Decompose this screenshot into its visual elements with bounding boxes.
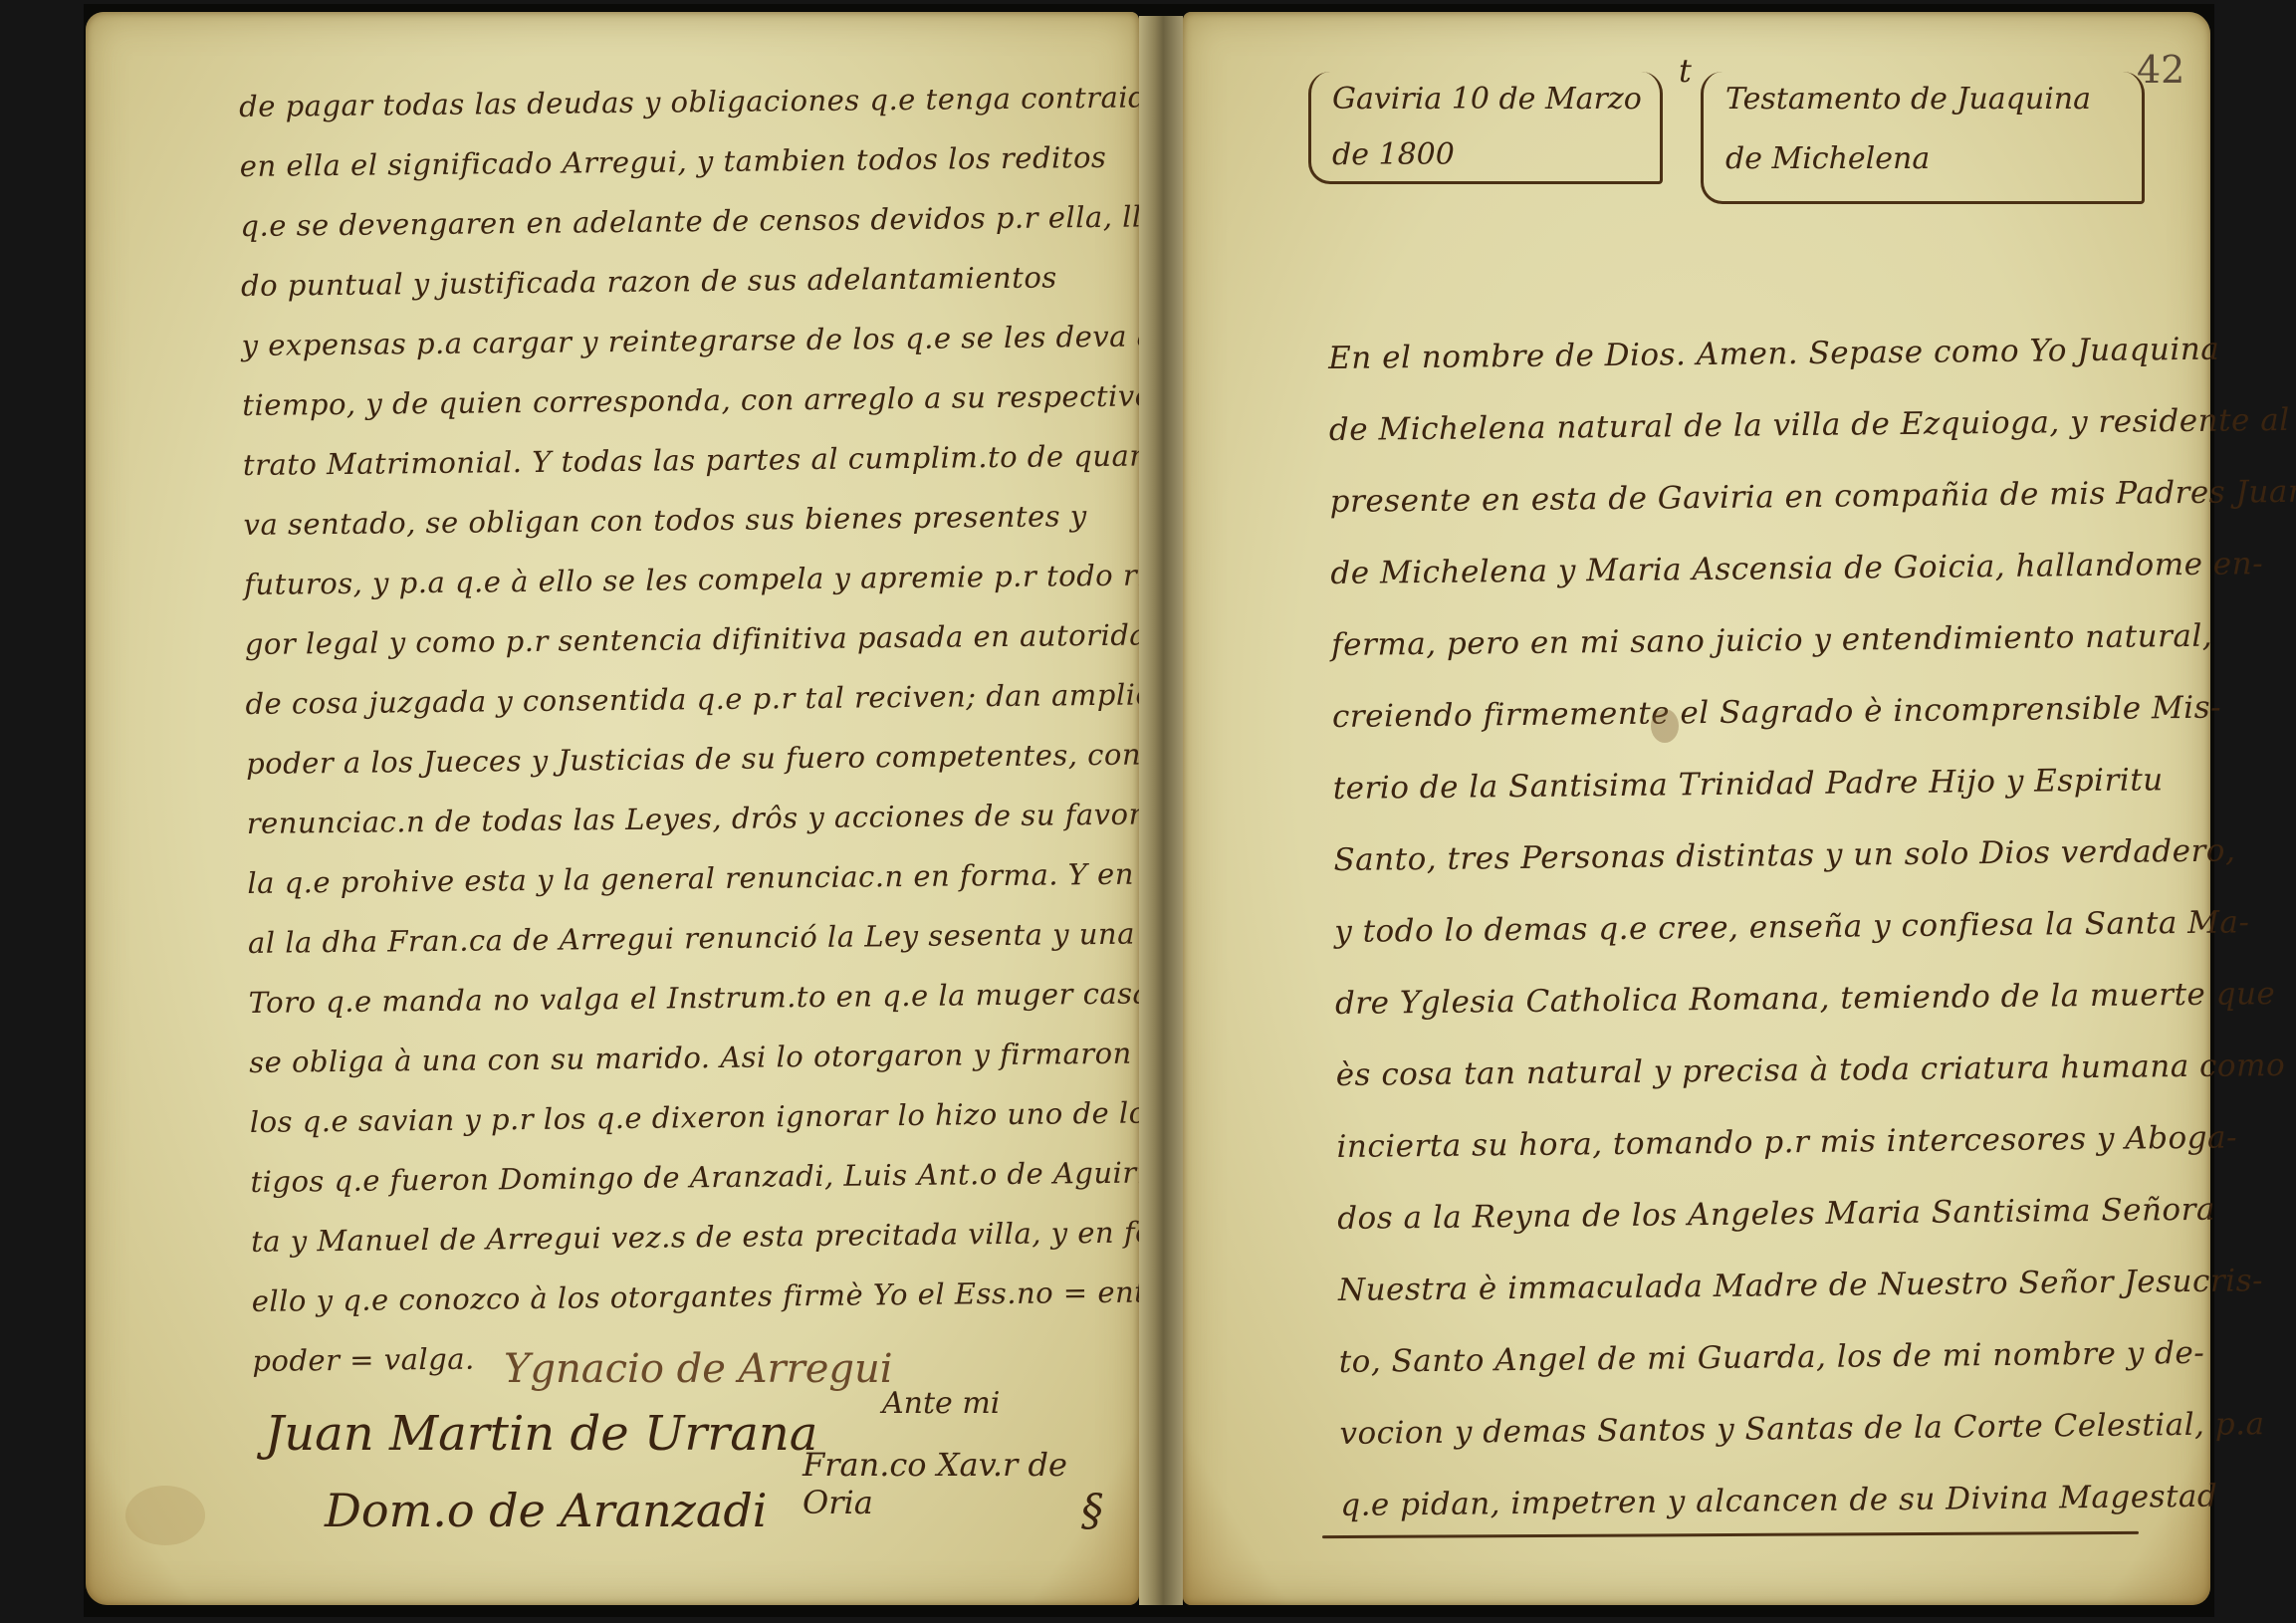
manuscript-line: de pagar todas las deudas y obligaciones… xyxy=(239,80,1181,123)
manuscript-line: de Michelena y Maria Ascensia de Goicia,… xyxy=(1330,546,2263,591)
manuscript-line: la q.e prohive esta y la general renunci… xyxy=(247,855,1250,900)
manuscript-line: to, Santo Angel de mi Guarda, los de mi … xyxy=(1339,1335,2205,1380)
signature-domingo: Dom.o de Aranzadi xyxy=(325,1484,768,1537)
manuscript-line: presente en esta de Gaviria en compañia … xyxy=(1330,474,2296,520)
manuscript-line: de cosa juzgada y consentida q.e p.r tal… xyxy=(245,677,1153,721)
margin-date-line1: Gaviria 10 de Marzo xyxy=(1332,82,1642,116)
manuscript-line: en ella el significado Arregui, y tambie… xyxy=(240,140,1107,183)
manuscript-line: Santo, tres Personas distintas y un solo… xyxy=(1333,832,2235,877)
manuscript-line: Nuestra è immaculada Madre de Nuestro Se… xyxy=(1338,1263,2263,1308)
left-page: de pagar todas las deudas y obligaciones… xyxy=(86,12,1139,1605)
closing-rule xyxy=(1322,1531,2139,1538)
paper-stain xyxy=(125,1486,205,1545)
folio-number: 42 xyxy=(2137,48,2184,92)
ink-stain xyxy=(1651,709,1679,743)
manuscript-line: q.e pidan, impetren y alcancen de su Div… xyxy=(1340,1479,2217,1523)
manuscript-line: ferma, pero en mi sano juicio y entendim… xyxy=(1331,618,2212,663)
manuscript-line: va sentado, se obligan con todos sus bie… xyxy=(243,499,1086,542)
manuscript-line: vocion y demas Santos y Santas de la Cor… xyxy=(1339,1406,2264,1452)
cross-mark-icon: t xyxy=(1679,52,1692,90)
manuscript-line: tigos q.e fueron Domingo de Aranzadi, Lu… xyxy=(250,1154,1252,1199)
open-manuscript-book: de pagar todas las deudas y obligaciones… xyxy=(84,4,2214,1617)
manuscript-line: y expensas p.a cargar y reintegrarse de … xyxy=(242,319,1199,362)
margin-date-line2: de 1800 xyxy=(1332,137,1455,172)
manuscript-line: trato Matrimonial. Y todas las partes al… xyxy=(243,438,1179,482)
right-page: 42 Gaviria 10 de Marzo de 1800 t Testame… xyxy=(1183,12,2210,1605)
margin-title-line1: Testamento de Juaquina xyxy=(1725,82,2091,116)
manuscript-line: dre Yglesia Catholica Romana, temiendo d… xyxy=(1335,976,2276,1022)
book-gutter xyxy=(1139,16,1183,1605)
manuscript-line: los q.e savian y p.r los q.e dixeron ign… xyxy=(250,1095,1228,1139)
manuscript-line: incierta su hora, tomando p.r mis interc… xyxy=(1336,1119,2237,1164)
manuscript-line: ta y Manuel de Arregui vez.s de esta pre… xyxy=(251,1215,1217,1259)
manuscript-line: se obliga à una con su marido. Asi lo ot… xyxy=(249,1037,1132,1079)
manuscript-line: al la dha Fran.ca de Arregui renunció la… xyxy=(248,916,1182,960)
manuscript-line: do puntual y justificada razon de sus ad… xyxy=(241,260,1057,303)
margin-title-line2: de Michelena xyxy=(1725,141,1930,176)
manuscript-line: poder a los Jueces y Justicias de su fue… xyxy=(246,738,1141,781)
manuscript-line: ès cosa tan natural y precisa à toda cri… xyxy=(1336,1047,2286,1093)
signature-juan-martin: Juan Martin de Urrana xyxy=(265,1406,817,1462)
manuscript-line: terio de la Santisima Trinidad Padre Hij… xyxy=(1333,762,2164,807)
manuscript-line: En el nombre de Dios. Amen. Sepase como … xyxy=(1328,332,2219,376)
manuscript-line: y todo lo demas q.e cree, enseña y confi… xyxy=(1334,904,2250,950)
manuscript-line: dos a la Reyna de los Angeles Maria Sant… xyxy=(1337,1192,2215,1237)
signature-ante-mi: Ante mi xyxy=(882,1386,1000,1421)
manuscript-line: q.e se devengaren en adelante de censos … xyxy=(240,199,1223,243)
manuscript-line: tiempo, y de quien corresponda, con arre… xyxy=(242,378,1233,422)
manuscript-line: creiendo firmemente el Sagrado è incompr… xyxy=(1332,690,2221,735)
notary-rubric-icon: § xyxy=(1081,1486,1103,1536)
manuscript-line: de Michelena natural de la villa de Ezqu… xyxy=(1329,402,2290,448)
manuscript-line: poder = valga. xyxy=(252,1342,475,1378)
manuscript-line: futuros, y p.a q.e à ello se les compela… xyxy=(244,558,1157,601)
manuscript-line: renunciac.n de todas las Leyes, drôs y a… xyxy=(247,797,1170,840)
manuscript-line: Toro q.e manda no valga el Instrum.to en… xyxy=(248,976,1187,1020)
manuscript-line: gor legal y como p.r sentencia difinitiv… xyxy=(245,617,1167,661)
signature-ygnacio: Ygnacio de Arregui xyxy=(504,1346,893,1392)
